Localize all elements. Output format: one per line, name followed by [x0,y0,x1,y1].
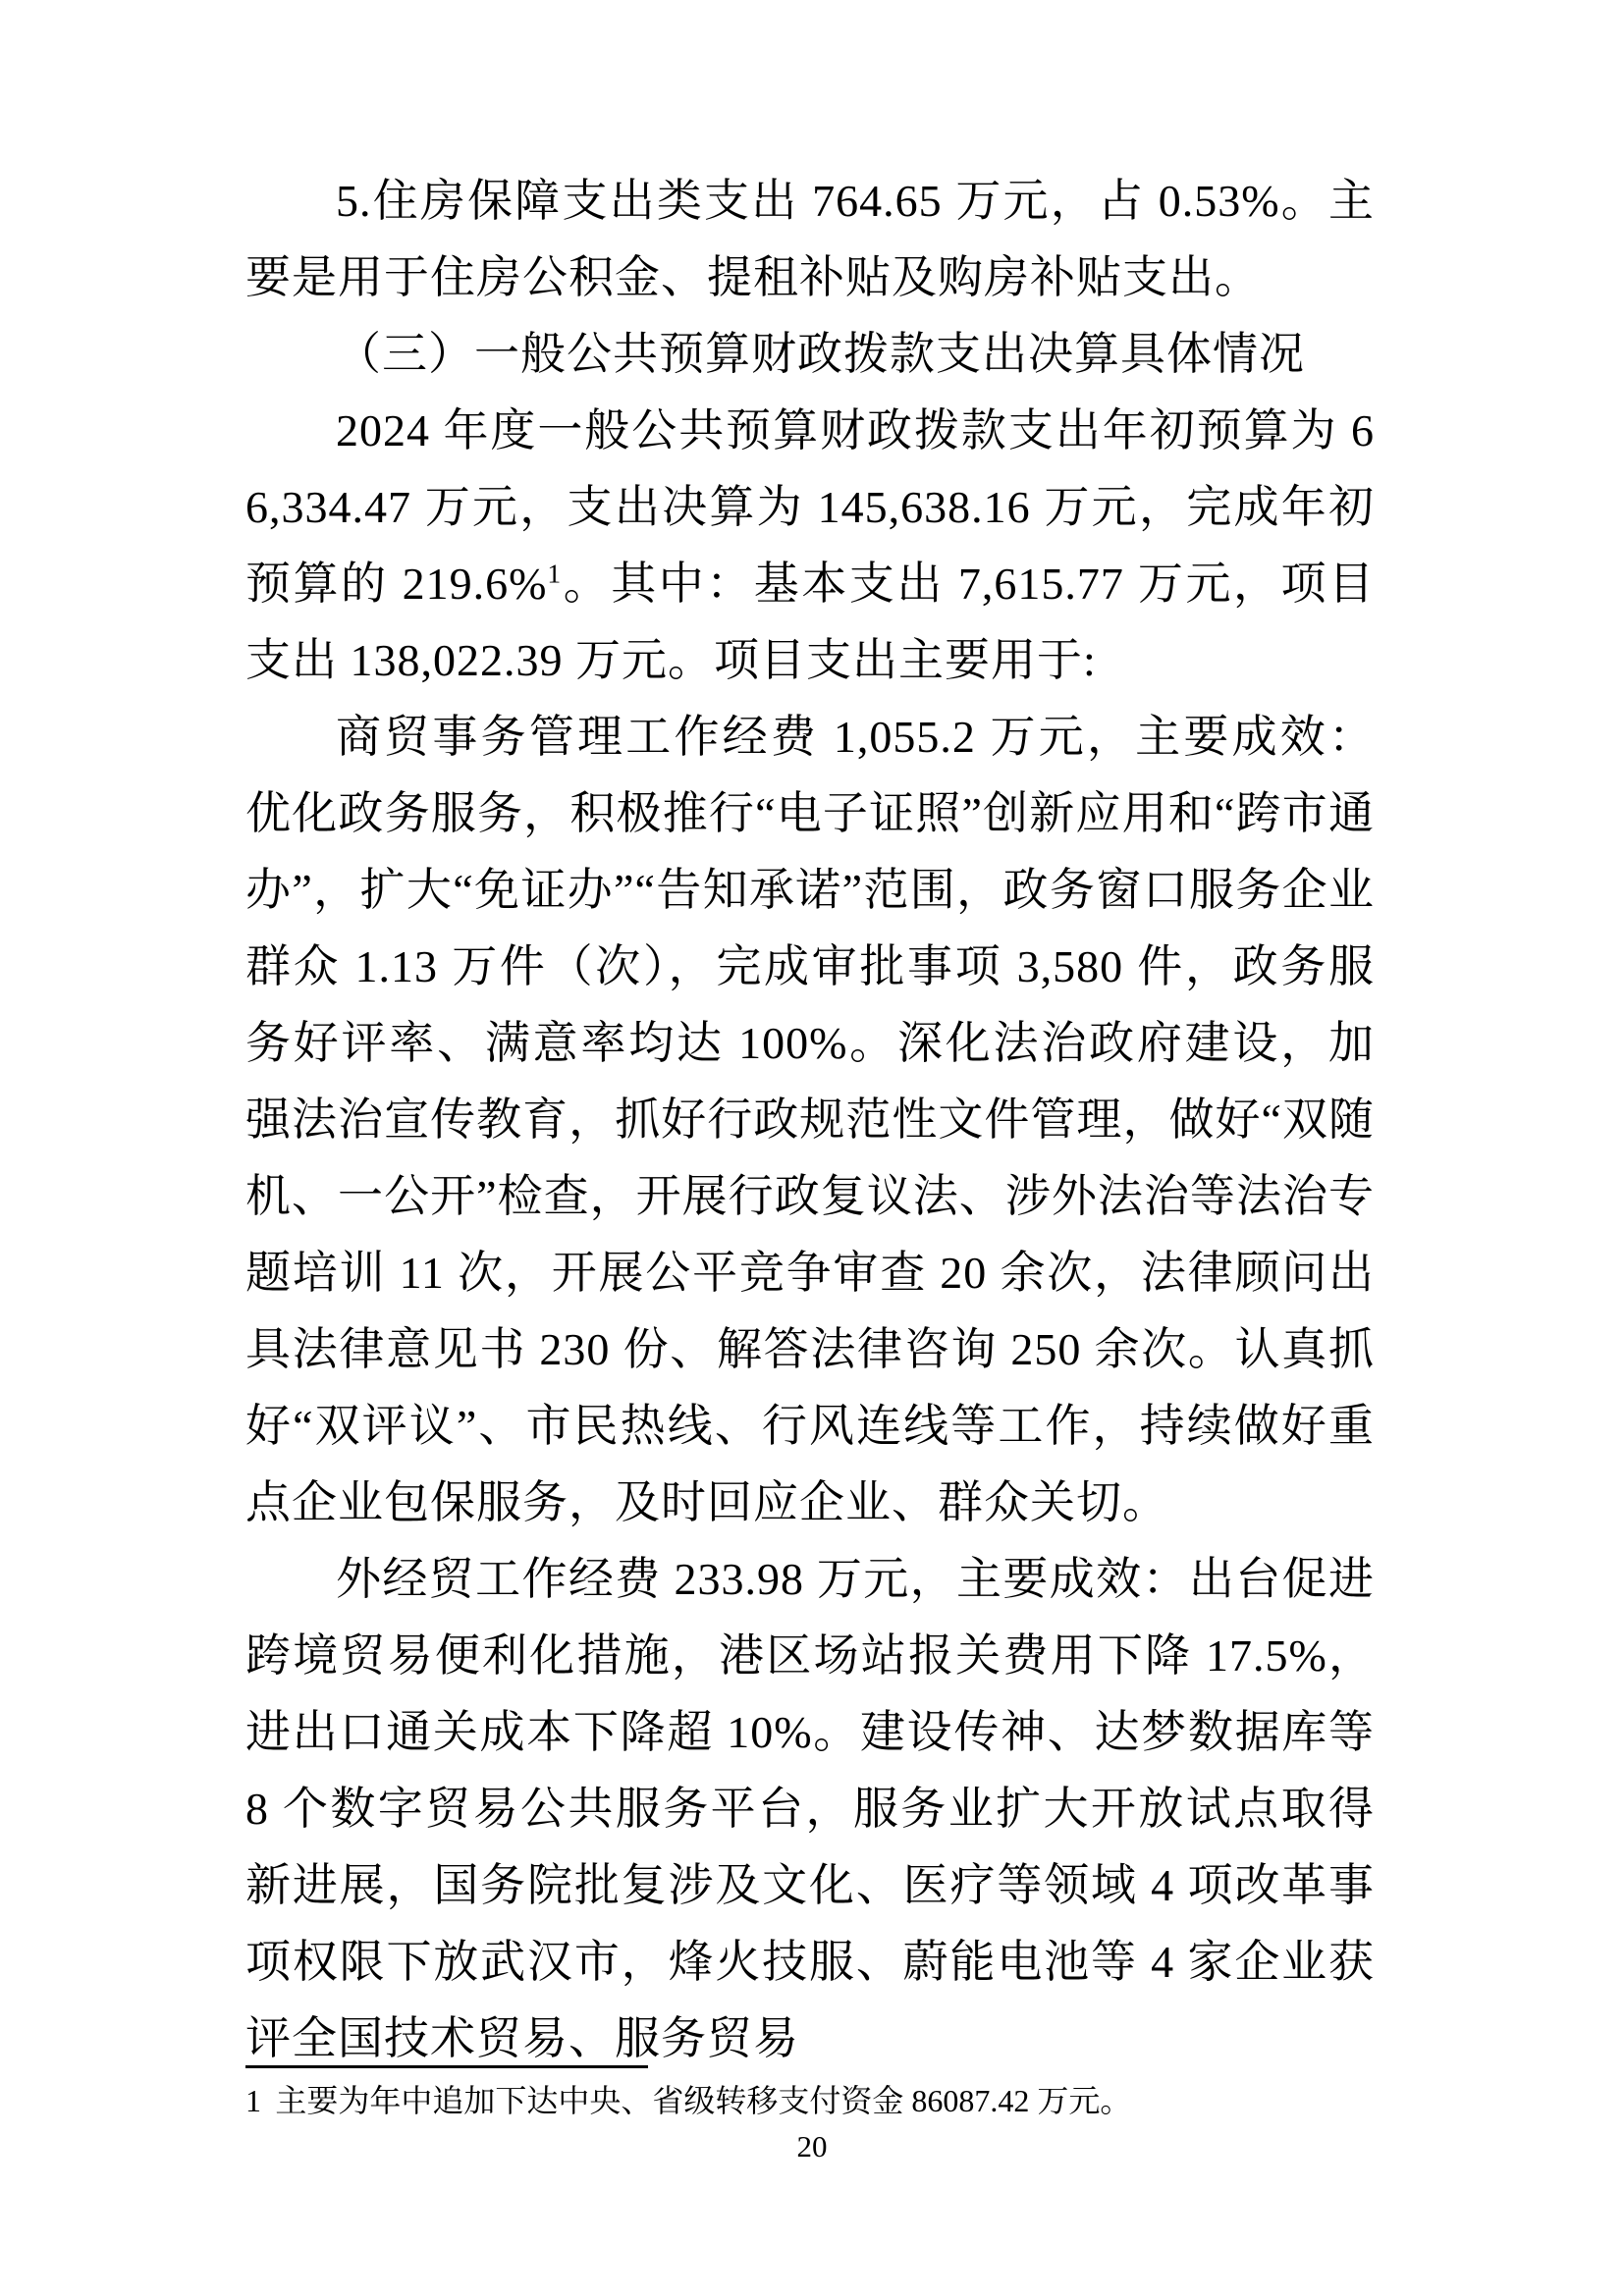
paragraph-trade-affairs-management: 商贸事务管理工作经费 1,055.2 万元，主要成效：优化政务服务，积极推行“电… [245,699,1375,1541]
footnote-ref-number: 1 [245,2080,261,2121]
footnote: 1主要为年中追加下达中央、省级转移支付资金 86087.42 万元。 [245,2080,1375,2121]
footnote-area: 1主要为年中追加下达中央、省级转移支付资金 86087.42 万元。 [245,2065,1375,2121]
page-number: 20 [0,2130,1624,2163]
footnote-reference-superscript: 1 [547,559,562,589]
paragraph-fiscal-budget: 2024 年度一般公共预算财政拨款支出年初预算为 66,334.47 万元，支出… [245,393,1375,699]
page-body-text: 5.住房保障支出类支出 764.65 万元，占 0.53%。主要是用于住房公积金… [245,163,1375,2077]
footnote-separator [245,2065,648,2068]
heading-section-three: （三）一般公共预算财政拨款支出决算具体情况 [245,316,1375,393]
paragraph-housing-expense: 5.住房保障支出类支出 764.65 万元，占 0.53%。主要是用于住房公积金… [245,163,1375,316]
footnote-text: 主要为年中追加下达中央、省级转移支付资金 86087.42 万元。 [275,2083,1131,2118]
document-page: 5.住房保障支出类支出 764.65 万元，占 0.53%。主要是用于住房公积金… [0,0,1624,2296]
paragraph-foreign-trade: 外经贸工作经费 233.98 万元，主要成效：出台促进跨境贸易便利化措施，港区场… [245,1541,1375,2077]
